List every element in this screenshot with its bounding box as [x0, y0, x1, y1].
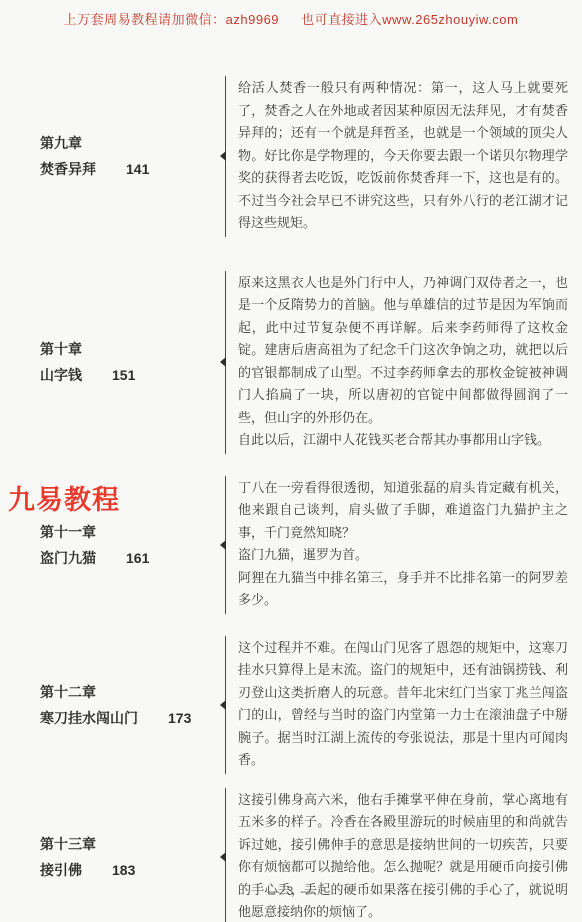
toc-section-chapter-12: 第十二章 寒刀挂水闯山门 173 这个过程并不难。在闯山门见客了恩怨的规矩中，这… — [0, 636, 582, 774]
excerpt-paragraph: 盗门九猫，暹罗为首。 — [238, 544, 568, 567]
chapter-excerpt: 这接引佛身高六米，他右手摊掌平伸在身前，掌心离地有五米多的样子。冷香在各殿里游玩… — [225, 788, 582, 922]
chapter-heading: 第十三章 接引佛 183 — [0, 788, 225, 922]
section-marker-icon — [220, 357, 226, 367]
promo-header-url: 也可直接进入www.265zhouyiw.com — [301, 12, 518, 27]
excerpt-paragraph: 原来这黑衣人也是外门行中人，乃神调门双侍者之一，也是一个反隋势力的首脑。他与单雄… — [238, 272, 568, 430]
chapter-excerpt: 这个过程并不难。在闯山门见客了恩怨的规矩中，这寒刀挂水只算得上是末流。盗门的规矩… — [225, 636, 582, 774]
chapter-label: 第九章 — [40, 130, 149, 156]
chapter-label: 第十一章 — [40, 519, 149, 545]
chapter-block: 第十章 山字钱 151 — [40, 336, 135, 388]
toc-section-chapter-9: 第九章 焚香异拜 141 给活人焚香一般只有两种情况：第一，这人马上就要死了，焚… — [0, 76, 582, 237]
chapter-block: 第十一章 盗门九猫 161 — [40, 519, 149, 571]
chapter-block: 第十三章 接引佛 183 — [40, 831, 135, 883]
chapter-page-number: 173 — [168, 705, 191, 731]
chapter-title-row: 盗门九猫 161 — [40, 545, 149, 571]
chapter-title-row: 寒刀挂水闯山门 173 — [40, 705, 191, 731]
excerpt-paragraph: 这接引佛身高六米，他右手摊掌平伸在身前，掌心离地有五米多的样子。冷香在各殿里游玩… — [238, 789, 568, 922]
section-marker-icon — [220, 852, 226, 862]
chapter-block: 第十二章 寒刀挂水闯山门 173 — [40, 679, 191, 731]
chapter-page-number: 183 — [112, 857, 135, 883]
chapter-excerpt: 原来这黑衣人也是外门行中人，乃神调门双侍者之一，也是一个反隋势力的首脑。他与单雄… — [225, 271, 582, 454]
promo-header: 上万套周易教程请加微信：azh9969 也可直接进入www.265zhouyiw… — [0, 0, 582, 28]
chapter-title: 焚香异拜 — [40, 156, 96, 182]
watermark-text: 九易教程 — [8, 478, 120, 517]
excerpt-paragraph: 这个过程并不难。在闯山门见客了恩怨的规矩中，这寒刀挂水只算得上是末流。盗门的规矩… — [238, 637, 568, 772]
chapter-heading: 第十二章 寒刀挂水闯山门 173 — [0, 636, 225, 774]
excerpt-paragraph: 自此以后，江湖中人花钱买老合帮其办事都用山字钱。 — [238, 429, 568, 452]
chapter-block: 第九章 焚香异拜 141 — [40, 130, 149, 182]
toc-section-chapter-13: 第十三章 接引佛 183 这接引佛身高六米，他右手摊掌平伸在身前，掌心离地有五米… — [0, 788, 582, 922]
chapter-title: 山字钱 — [40, 362, 82, 388]
chapter-label: 第十章 — [40, 336, 135, 362]
chapter-title-row: 山字钱 151 — [40, 362, 135, 388]
chapter-title: 盗门九猫 — [40, 545, 96, 571]
chapter-excerpt: 丁八在一旁看得很透彻，知道张磊的肩头肯定藏有机关，他来跟自己谈判，肩头做了手脚，… — [225, 476, 582, 614]
chapter-title: 寒刀挂水闯山门 — [40, 705, 138, 731]
chapter-page-number: 141 — [126, 156, 149, 182]
chapter-heading: 第十章 山字钱 151 — [0, 271, 225, 454]
toc-section-chapter-10: 第十章 山字钱 151 原来这黑衣人也是外门行中人，乃神调门双侍者之一，也是一个… — [0, 271, 582, 454]
section-marker-icon — [220, 540, 226, 550]
chapter-title: 接引佛 — [40, 857, 82, 883]
table-of-contents: 第九章 焚香异拜 141 给活人焚香一般只有两种情况：第一，这人马上就要死了，焚… — [0, 76, 582, 922]
chapter-title-row: 接引佛 183 — [40, 857, 135, 883]
chapter-heading: 九易教程 第十一章 盗门九猫 161 — [0, 476, 225, 614]
chapter-page-number: 151 — [112, 362, 135, 388]
excerpt-paragraph: 给活人焚香一般只有两种情况：第一，这人马上就要死了，焚香之人在外地或者因某种原因… — [238, 77, 568, 235]
excerpt-paragraph: 阿狸在九猫当中排名第三，身手并不比排名第一的阿罗差多少。 — [238, 567, 568, 612]
section-marker-icon — [220, 700, 226, 710]
chapter-title-row: 焚香异拜 141 — [40, 156, 149, 182]
chapter-page-number: 161 — [126, 545, 149, 571]
page-number-footer: — 3 — — [0, 884, 582, 898]
chapter-heading: 第九章 焚香异拜 141 — [0, 76, 225, 237]
section-marker-icon — [220, 151, 226, 161]
chapter-label: 第十二章 — [40, 679, 191, 705]
promo-header-wechat: 上万套周易教程请加微信：azh9969 — [64, 12, 279, 27]
chapter-excerpt: 给活人焚香一般只有两种情况：第一，这人马上就要死了，焚香之人在外地或者因某种原因… — [225, 76, 582, 237]
toc-section-chapter-11: 九易教程 第十一章 盗门九猫 161 丁八在一旁看得很透彻，知道张磊的肩头肯定藏… — [0, 476, 582, 614]
chapter-label: 第十三章 — [40, 831, 135, 857]
excerpt-paragraph: 丁八在一旁看得很透彻，知道张磊的肩头肯定藏有机关，他来跟自己谈判，肩头做了手脚，… — [238, 477, 568, 545]
